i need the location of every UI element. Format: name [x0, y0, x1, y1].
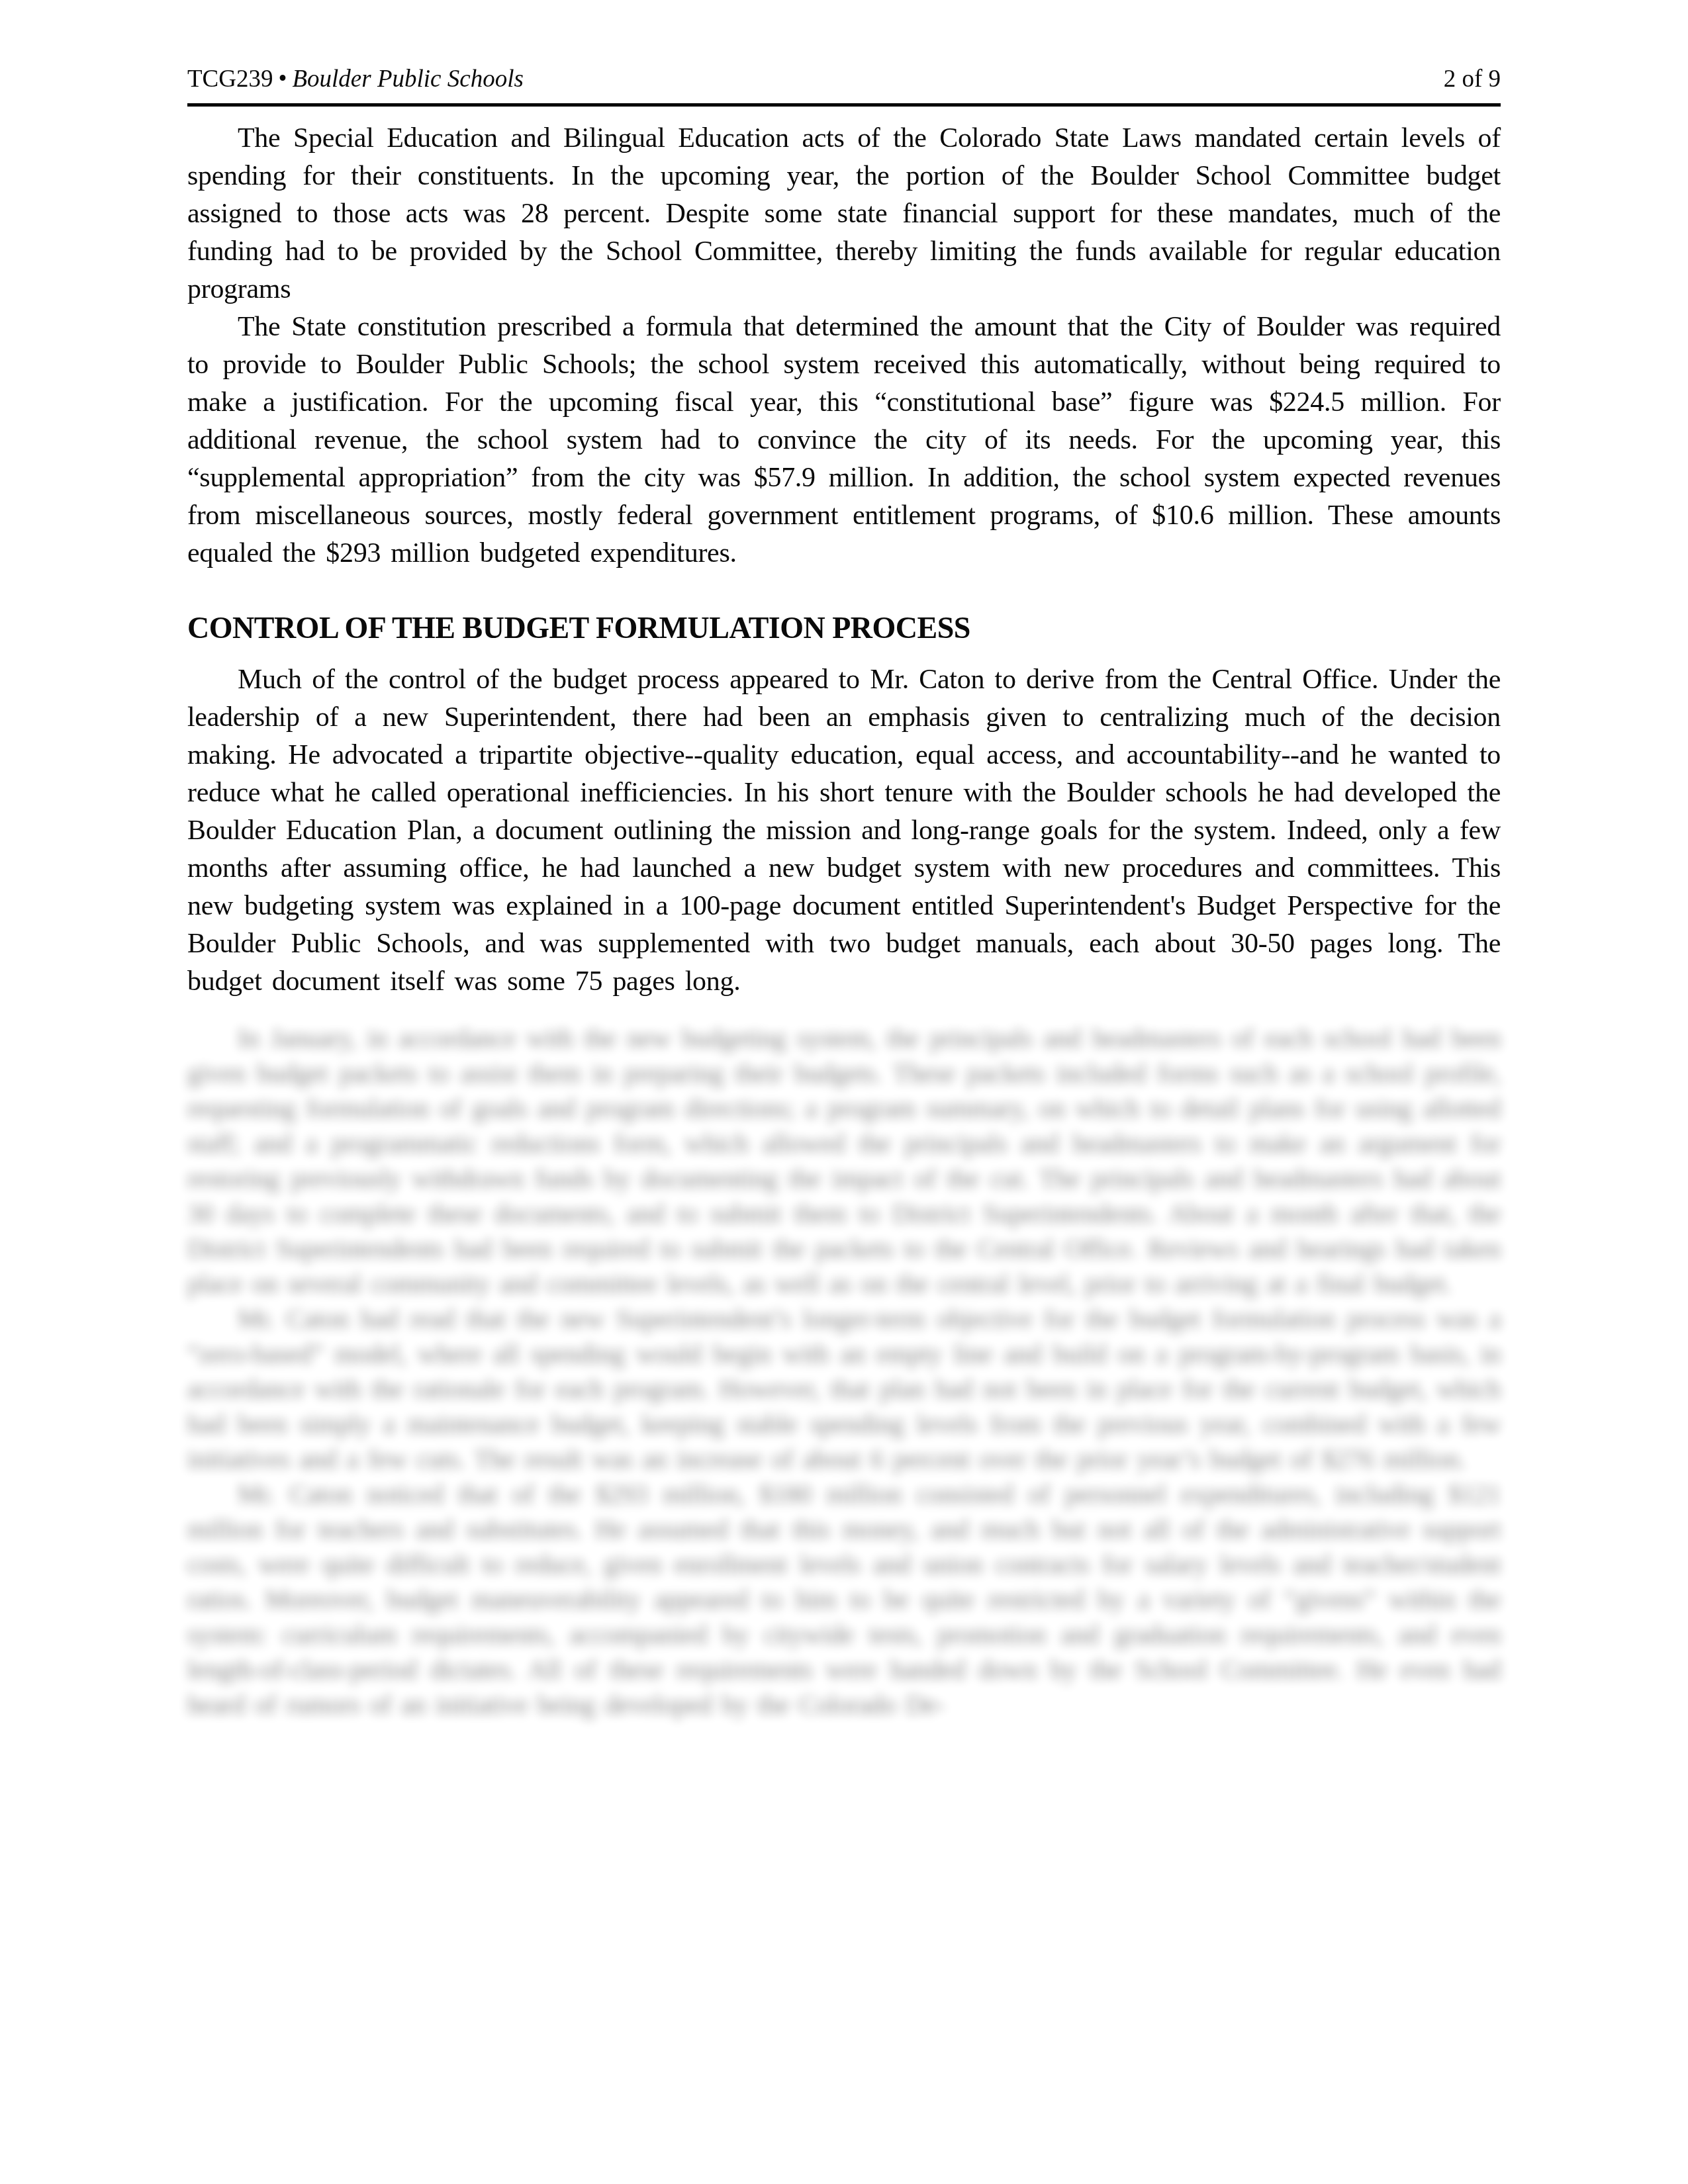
paragraph-special-education: The Special Education and Bilingual Educ… [187, 120, 1501, 308]
page-number: 2 of 9 [1444, 65, 1501, 94]
page-header: TCG239•Boulder Public Schools 2 of 9 [187, 65, 1501, 94]
blurred-illegible-text-block: In January, in accordance with the new b… [187, 1021, 1501, 1722]
paragraph-state-constitution: The State constitution prescribed a form… [187, 308, 1501, 572]
blurred-paragraph: Mr. Caton had read that the new Superint… [187, 1301, 1501, 1477]
blurred-paragraph: In January, in accordance with the new b… [187, 1021, 1501, 1301]
paragraph-control-of-budget: Much of the control of the budget proces… [187, 661, 1501, 1001]
header-rule [187, 103, 1501, 107]
header-separator-bullet: • [273, 66, 293, 93]
blurred-paragraph: Mr. Caton noticed that of the $293 milli… [187, 1477, 1501, 1722]
case-title: Boulder Public Schools [292, 66, 523, 93]
document-page: TCG239•Boulder Public Schools 2 of 9 The… [0, 0, 1688, 2184]
course-code: TCG239 [187, 66, 273, 93]
header-left: TCG239•Boulder Public Schools [187, 65, 524, 94]
section-heading: CONTROL OF THE BUDGET FORMULATION PROCES… [187, 611, 1501, 645]
